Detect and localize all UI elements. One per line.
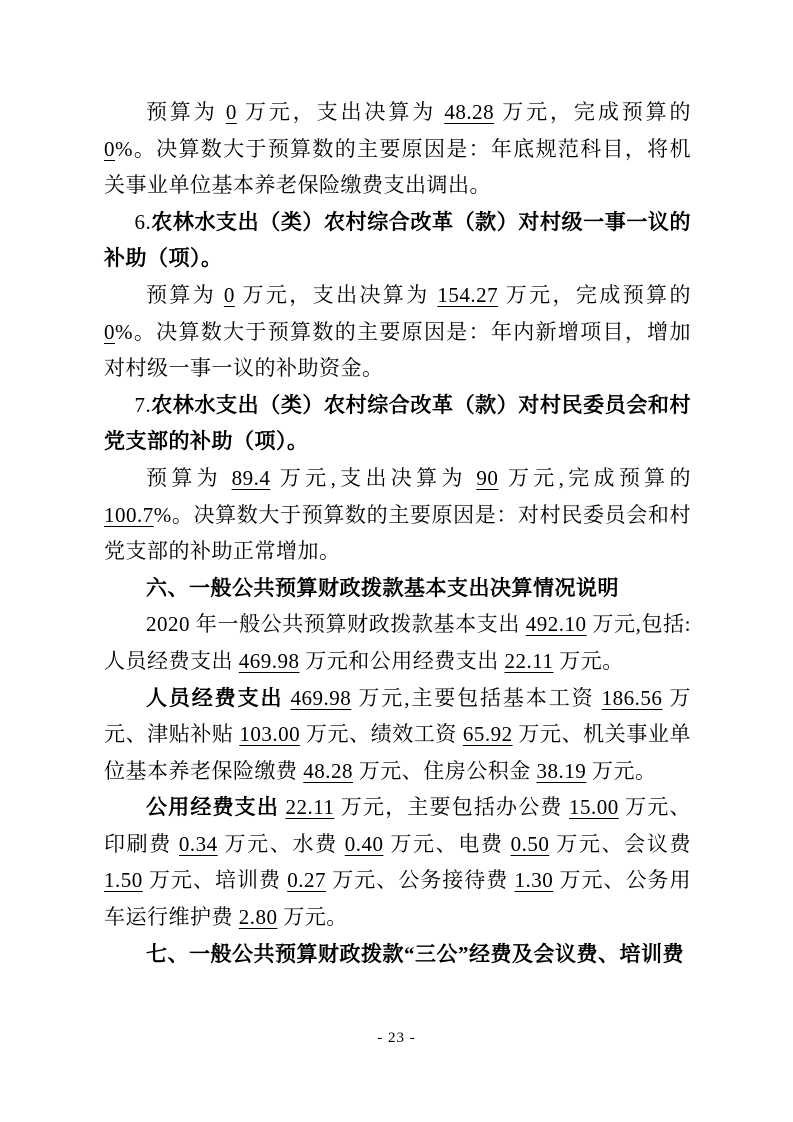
text-run: 2020 年一般公共预算财政拨款基本支出	[146, 612, 526, 636]
text-run: 人员经费支出	[146, 686, 283, 710]
text-run: 预算为	[146, 100, 226, 124]
underlined-value: 90	[476, 466, 498, 490]
text-run: 预算为	[146, 466, 232, 490]
heading: 七、一般公共预算财政拨款“三公”经费及会议费、培训费	[104, 936, 691, 973]
underlined-value: 65.92	[463, 722, 513, 746]
text-run: %。决算数大于预算数的主要原因是：对村民委员会和村党支部的补助正常增加。	[104, 503, 691, 564]
underlined-value: 469.98	[291, 686, 352, 710]
underlined-value: 0	[224, 283, 235, 307]
underlined-value: 22.11	[285, 795, 334, 819]
text-run: 7.	[134, 393, 151, 417]
text-run: 万元,完成预算的	[498, 466, 691, 490]
text-run: 万元和公用经费支出	[300, 649, 505, 673]
underlined-value: 89.4	[232, 466, 271, 490]
text-run: 万元、水费	[218, 832, 345, 856]
page-number: - 23 -	[0, 1030, 793, 1047]
text-run: 万元、培训费	[143, 868, 288, 892]
paragraph: 预算为 89.4 万元,支出决算为 90 万元,完成预算的 100.7%。决算数…	[104, 460, 691, 570]
text-run: 六、一般公共预算财政拨款基本支出决算情况说明	[146, 576, 619, 600]
underlined-value: 469.98	[239, 649, 300, 673]
text-run: 6.	[134, 210, 151, 234]
underlined-value: 48.28	[303, 759, 353, 783]
underlined-value: 154.27	[437, 283, 498, 307]
heading: 7.农林水支出（类）农村综合改革（款）对村民委员会和村党支部的补助（项）。	[104, 387, 691, 460]
underlined-value: 2.80	[239, 905, 278, 929]
underlined-value: 48.28	[444, 100, 494, 124]
text-run: 万元、公务接待费	[326, 868, 515, 892]
text-run: 公用经费支出	[146, 795, 279, 819]
text-run: 万元，完成预算的	[494, 100, 691, 124]
paragraph: 预算为 0 万元，支出决算为 48.28 万元，完成预算的 0%。决算数大于预算…	[104, 94, 691, 204]
document-page: 预算为 0 万元，支出决算为 48.28 万元，完成预算的 0%。决算数大于预算…	[0, 0, 793, 1122]
underlined-value: 103.00	[239, 722, 300, 746]
text-run: 预算为	[146, 283, 224, 307]
paragraph: 人员经费支出 469.98 万元,主要包括基本工资 186.56 万元、津贴补贴…	[104, 680, 691, 790]
paragraph: 2020 年一般公共预算财政拨款基本支出 492.10 万元,包括:人员经费支出…	[104, 606, 691, 679]
text-run: 万元、住房公积金	[353, 759, 537, 783]
text-run: %。决算数大于预算数的主要原因是：年底规范科目，将机关事业单位基本养老保险缴费支…	[104, 137, 691, 198]
text-run: 万元，支出决算为	[237, 100, 444, 124]
text-run: 万元、电费	[383, 832, 510, 856]
text-run: 万元，主要包括办公费	[334, 795, 569, 819]
text-run: 万元,支出决算为	[270, 466, 476, 490]
underlined-value: 0	[226, 100, 237, 124]
underlined-value: 15.00	[569, 795, 619, 819]
text-run: 万元,主要包括基本工资	[351, 686, 601, 710]
underlined-value: 0.40	[345, 832, 384, 856]
underlined-value: 0	[104, 137, 115, 161]
heading: 六、一般公共预算财政拨款基本支出决算情况说明	[104, 570, 691, 607]
paragraph: 公用经费支出 22.11 万元，主要包括办公费 15.00 万元、印刷费 0.3…	[104, 789, 691, 935]
paragraph: 预算为 0 万元，支出决算为 154.27 万元，完成预算的 0%。决算数大于预…	[104, 277, 691, 387]
underlined-value: 1.50	[104, 868, 143, 892]
underlined-value: 100.7	[104, 503, 154, 527]
underlined-value: 38.19	[537, 759, 587, 783]
underlined-value: 0	[104, 320, 115, 344]
text-run: 农林水支出（类）农村综合改革（款）对村级一事一议的补助（项）。	[104, 210, 691, 271]
text-run: 万元，支出决算为	[235, 283, 437, 307]
text-run: 万元、绩效工资	[300, 722, 463, 746]
text-run: 万元，完成预算的	[498, 283, 691, 307]
underlined-value: 0.27	[287, 868, 326, 892]
underlined-value: 1.30	[515, 868, 554, 892]
text-run: 七、一般公共预算财政拨款“三公”经费及会议费、培训费	[146, 942, 684, 966]
underlined-value: 22.11	[505, 649, 554, 673]
text-run: 万元。	[278, 905, 348, 929]
text-run: 农林水支出（类）农村综合改革（款）对村民委员会和村党支部的补助（项）。	[104, 393, 691, 454]
text-run	[283, 686, 290, 710]
underlined-value: 0.34	[179, 832, 218, 856]
underlined-value: 492.10	[526, 612, 587, 636]
text-run: 万元、会议费	[549, 832, 691, 856]
underlined-value: 186.56	[602, 686, 663, 710]
underlined-value: 0.50	[511, 832, 550, 856]
text-run: 万元。	[586, 759, 656, 783]
text-run: %。决算数大于预算数的主要原因是：年内新增项目，增加对村级一事一议的补助资金。	[104, 320, 691, 381]
heading: 6.农林水支出（类）农村综合改革（款）对村级一事一议的补助（项）。	[104, 204, 691, 277]
document-body: 预算为 0 万元，支出决算为 48.28 万元，完成预算的 0%。决算数大于预算…	[104, 94, 691, 972]
text-run: 万元。	[553, 649, 623, 673]
